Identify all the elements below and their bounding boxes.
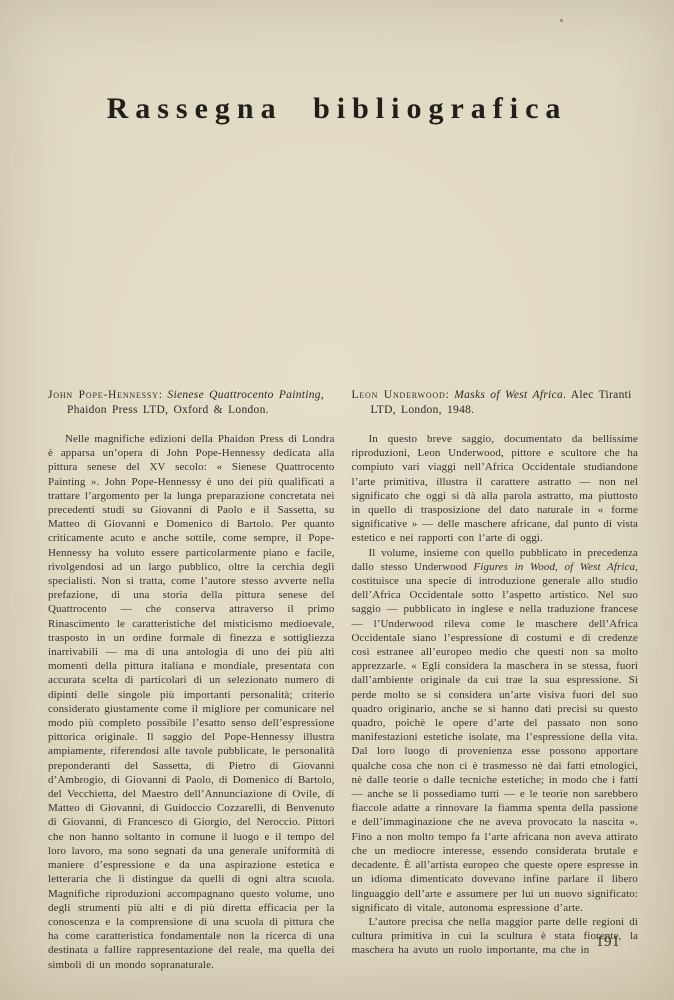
- review-paragraph: In questo breve saggio, documentato da b…: [352, 432, 639, 546]
- review-paragraph: Nelle magnifiche edizioni della Phaidon …: [48, 432, 335, 972]
- page-number: 191: [596, 934, 620, 951]
- review-work-title: Sienese Quattrocento Painting: [167, 389, 320, 401]
- review-paragraph: Il volume, insieme con quello pubblicato…: [352, 546, 639, 915]
- review-author: John Pope-Hennessy: [48, 389, 159, 401]
- paper-speck: [560, 19, 563, 22]
- heading-separator: :: [446, 389, 455, 401]
- left-column: John Pope-Hennessy: Sienese Quattrocento…: [48, 388, 335, 972]
- review-body-right: In questo breve saggio, documentato da b…: [352, 432, 639, 958]
- right-column: Leon Underwood: Masks of West Africa. Al…: [352, 388, 639, 972]
- review-work-title: Masks of West Africa: [454, 389, 563, 401]
- review-heading-left: John Pope-Hennessy: Sienese Quattrocento…: [48, 388, 335, 418]
- scanned-journal-page: { "page": { "title": "Rassegna bibliogra…: [0, 0, 674, 1000]
- page-title: Rassegna bibliografica: [0, 20, 674, 126]
- cited-work-title: Figures in Wood, of West Africa: [474, 561, 636, 573]
- review-body-left: Nelle magnifiche edizioni della Phaidon …: [48, 432, 335, 972]
- review-heading-right: Leon Underwood: Masks of West Africa. Al…: [352, 388, 639, 418]
- paragraph-text: , costituisce una specie di introduzione…: [352, 561, 639, 914]
- review-author: Leon Underwood: [352, 389, 446, 401]
- two-column-layout: John Pope-Hennessy: Sienese Quattrocento…: [48, 388, 638, 972]
